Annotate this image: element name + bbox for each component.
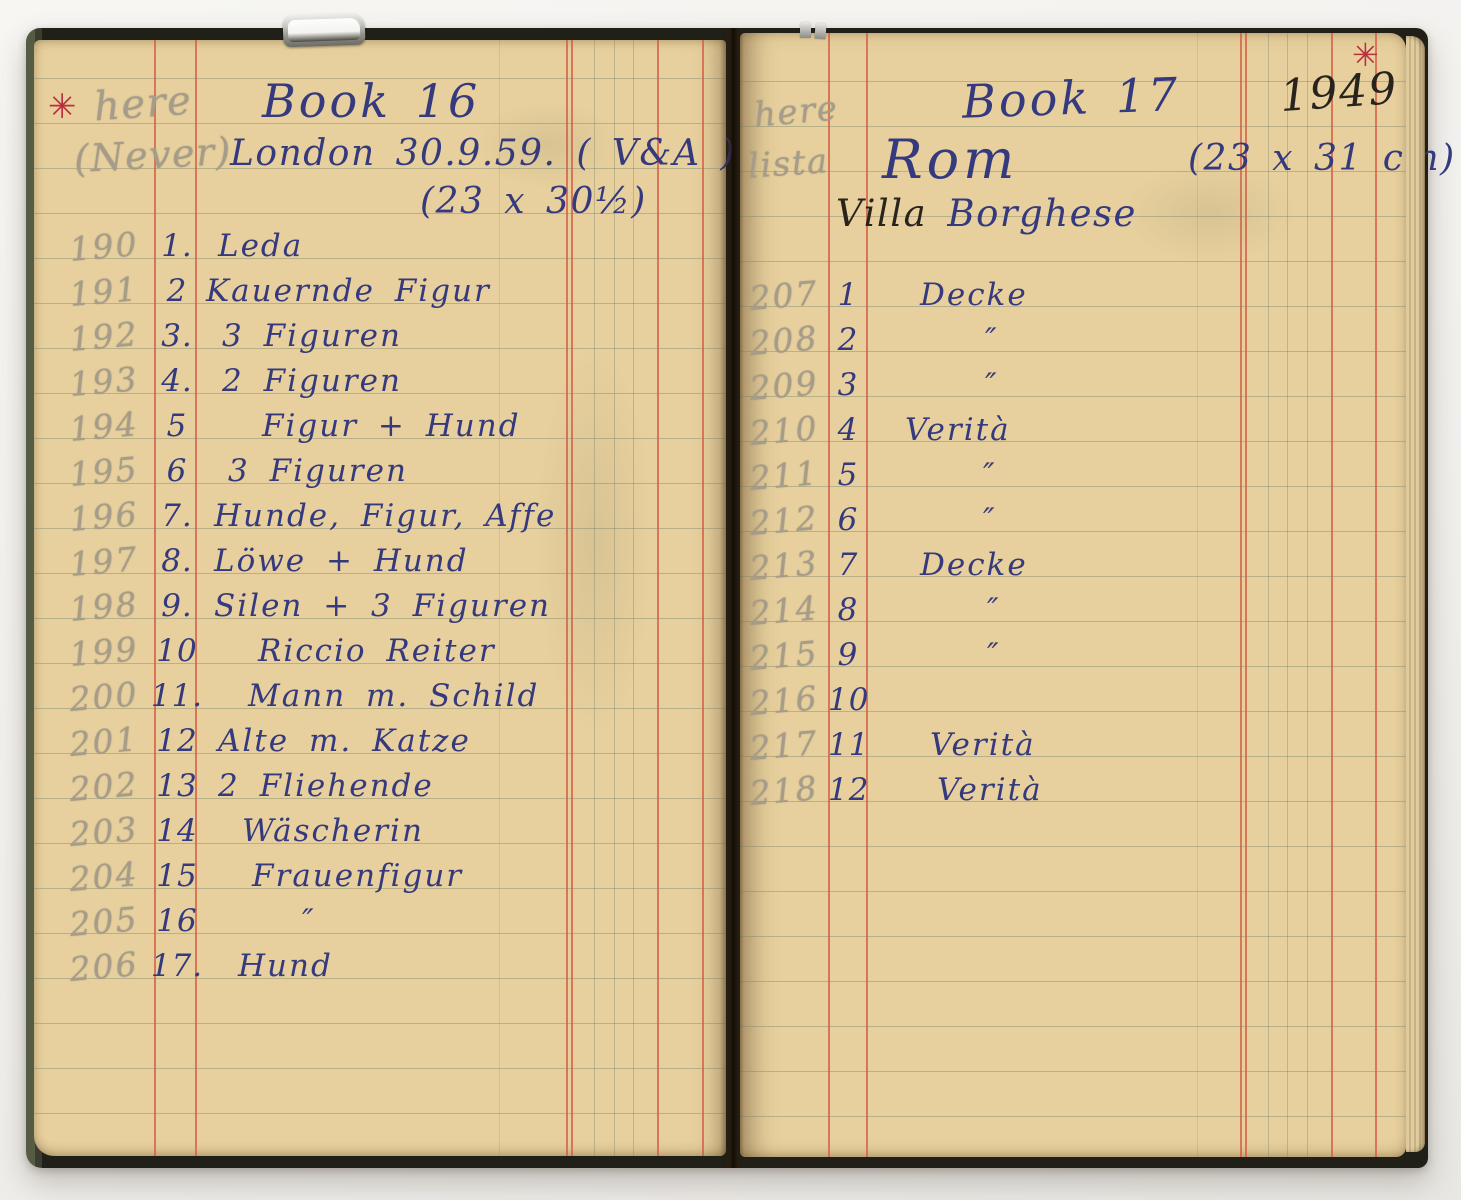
entry-text: ″	[987, 588, 1001, 633]
entry-ref-number-pencil: 209	[742, 360, 826, 412]
entry-ref-number-pencil: 208	[742, 315, 826, 367]
ledger-entry-row: 191 2 Kauernde Figur	[34, 269, 726, 314]
entry-number: 15	[150, 854, 204, 899]
entry-number: 2	[150, 269, 204, 314]
entry-number: 11.	[150, 674, 204, 719]
entry-text: Riccio Reiter	[258, 629, 496, 674]
entry-text: Frauenfigur	[252, 854, 463, 899]
entry-number: 2	[828, 318, 868, 363]
entry-number: 1.	[150, 224, 204, 269]
entry-number: 5	[828, 453, 868, 498]
ledger-entry-row: 211 5 ″	[740, 453, 1406, 498]
entry-text: Alte m. Katze	[218, 719, 471, 764]
entry-number: 6	[828, 498, 868, 543]
ledger-entry-row: 194 5 Figur + Hund	[34, 404, 726, 449]
scan-background: ✳ here (Never) Book 16 London 30.9.59. (…	[0, 0, 1461, 1200]
entry-list: 190 1. Leda 191 2 Kauernde Figur 192 3. …	[34, 40, 726, 1156]
entry-text: Hunde, Figur, Affe	[214, 494, 556, 539]
ledger-entry-row: 193 4. 2 Figuren	[34, 359, 726, 404]
entry-text: ″	[985, 363, 999, 408]
entry-text: Decke	[920, 543, 1028, 588]
entry-ref-number-pencil: 218	[742, 765, 826, 817]
ledger-entry-row: 195 6 3 Figuren	[34, 449, 726, 494]
entry-number: 5	[150, 404, 204, 449]
entry-ref-number-pencil: 217	[742, 720, 826, 772]
paper-clip-inner	[288, 18, 361, 42]
entry-number: 8	[828, 588, 868, 633]
entry-number: 7	[828, 543, 868, 588]
ledger-entry-row: 192 3. 3 Figuren	[34, 314, 726, 359]
entry-text: Verità	[905, 408, 1011, 453]
ledger-entry-row: 198 9. Silen + 3 Figuren	[34, 584, 726, 629]
page-stack-edges	[1406, 36, 1425, 1152]
entry-ref-number-pencil: 207	[742, 270, 826, 322]
ledger-entry-row: 209 3 ″	[740, 363, 1406, 408]
ledger-entry-row: 190 1. Leda	[34, 224, 726, 269]
entry-number: 12	[828, 768, 868, 813]
entry-text: Figur + Hund	[262, 404, 521, 449]
paper-clip	[282, 13, 365, 48]
open-notebook: ✳ here (Never) Book 16 London 30.9.59. (…	[26, 28, 1428, 1168]
entry-number: 13	[150, 764, 204, 809]
entry-ref-number-pencil: 212	[742, 495, 826, 547]
entry-number: 8.	[150, 539, 204, 584]
ledger-entry-row: 200 11. Mann m. Schild	[34, 674, 726, 719]
entry-text: 3 Figuren	[222, 314, 402, 359]
entry-text: Silen + 3 Figuren	[214, 584, 551, 629]
entry-number: 9	[828, 633, 868, 678]
entry-text: Wäscherin	[242, 809, 424, 854]
entry-text: 3 Figuren	[228, 449, 408, 494]
ledger-entry-row: 197 8. Löwe + Hund	[34, 539, 726, 584]
clip-tab	[800, 22, 811, 38]
ledger-entry-row: 206 17. Hund	[34, 944, 726, 989]
entry-text: Mann m. Schild	[248, 674, 539, 719]
ledger-entry-row: 201 12 Alte m. Katze	[34, 719, 726, 764]
ledger-entry-row: 214 8 ″	[740, 588, 1406, 633]
entry-text: Löwe + Hund	[214, 539, 469, 584]
entry-text: Kauernde Figur	[206, 269, 491, 314]
entry-number: 16	[150, 899, 204, 944]
ledger-entry-row: 204 15 Frauenfigur	[34, 854, 726, 899]
right-page: here lista Book 17 ✳ 1949 (23 x 31 cm) R…	[740, 33, 1406, 1157]
ledger-entry-row: 216 10	[740, 678, 1406, 723]
ledger-entry-row: 203 14 Wäscherin	[34, 809, 726, 854]
entry-list: 207 1 Decke 208 2 ″ 209 3 ″ 210 4 Verità…	[740, 33, 1406, 1157]
ledger-entry-row: 213 7 Decke	[740, 543, 1406, 588]
entry-number: 7.	[150, 494, 204, 539]
entry-text: ″	[987, 633, 1001, 678]
ledger-entry-row: 205 16 ″	[34, 899, 726, 944]
entry-ref-number-pencil: 215	[742, 630, 826, 682]
entry-number: 14	[150, 809, 204, 854]
entry-text: Hund	[238, 944, 333, 989]
entry-text: 2 Fliehende	[218, 764, 434, 809]
entry-text: Verità	[930, 723, 1036, 768]
entry-text: Decke	[920, 273, 1028, 318]
entry-text: ″	[983, 498, 997, 543]
entry-text: 2 Figuren	[222, 359, 402, 404]
ledger-entry-row: 202 13 2 Fliehende	[34, 764, 726, 809]
entry-ref-number-pencil: 213	[742, 540, 826, 592]
ledger-entry-row: 210 4 Verità	[740, 408, 1406, 453]
entry-ref-number-pencil: 210	[742, 405, 826, 457]
entry-text: Leda	[218, 224, 303, 269]
entry-ref-number-pencil: 216	[742, 675, 826, 727]
entry-text: ″	[985, 318, 999, 363]
entry-number: 11	[828, 723, 868, 768]
entry-text: Verità	[937, 768, 1043, 813]
entry-ref-number-pencil: 214	[742, 585, 826, 637]
entry-number: 3.	[150, 314, 204, 359]
ledger-entry-row: 212 6 ″	[740, 498, 1406, 543]
ledger-entry-row: 207 1 Decke	[740, 273, 1406, 318]
ledger-entry-row: 199 10 Riccio Reiter	[34, 629, 726, 674]
ledger-entry-row: 215 9 ″	[740, 633, 1406, 678]
ledger-entry-row: 208 2 ″	[740, 318, 1406, 363]
entry-number: 6	[150, 449, 204, 494]
entry-number: 9.	[150, 584, 204, 629]
ledger-entry-row: 196 7. Hunde, Figur, Affe	[34, 494, 726, 539]
entry-number: 3	[828, 363, 868, 408]
ledger-entry-row: 217 11 Verità	[740, 723, 1406, 768]
entry-number: 4	[828, 408, 868, 453]
entry-text: ″	[302, 899, 316, 944]
entry-number: 10	[828, 678, 868, 723]
binding-gutter	[720, 28, 744, 1168]
ledger-entry-row: 218 12 Verità	[740, 768, 1406, 813]
clip-tab	[814, 23, 826, 40]
entry-number: 10	[150, 629, 204, 674]
left-page: ✳ here (Never) Book 16 London 30.9.59. (…	[34, 40, 726, 1156]
entry-number: 4.	[150, 359, 204, 404]
entry-number: 1	[828, 273, 868, 318]
entry-number: 17.	[150, 944, 204, 989]
entry-ref-number-pencil: 206	[56, 940, 152, 993]
entry-text: ″	[983, 453, 997, 498]
entry-number: 12	[150, 719, 204, 764]
entry-ref-number-pencil: 211	[742, 450, 826, 502]
